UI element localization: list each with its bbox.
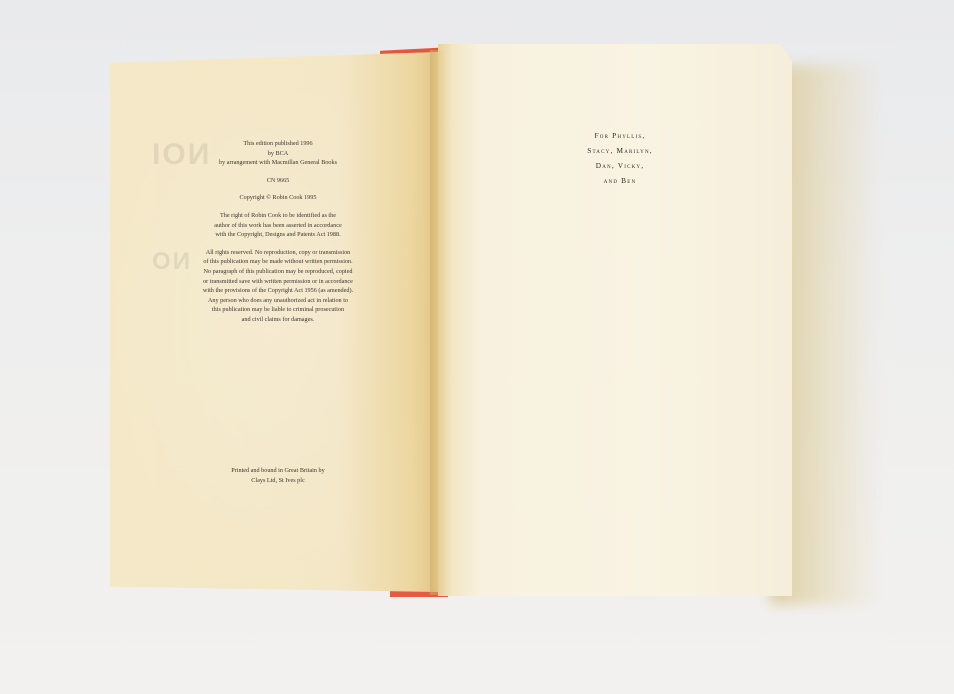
- moral-rights-line: with the Copyright, Designs and Patents …: [215, 231, 340, 238]
- edition-block: This edition published 1996 by BCA by ar…: [188, 139, 368, 168]
- dedication-line: and Ben: [530, 173, 710, 188]
- copyright-line: Copyright © Robin Cook 1995: [188, 193, 368, 203]
- dedication: For Phyllis, Stacy, Marilyn, Dan, Vicky,…: [530, 128, 710, 188]
- rights-line: No paragraph of this publication may be …: [204, 268, 353, 275]
- rights-line: Any person who does any unauthorized act…: [208, 297, 348, 304]
- show-through-text-2: NO: [150, 248, 190, 276]
- rights-line: or transmitted save with written permiss…: [203, 278, 353, 285]
- rights-line: and civil claims for damages.: [242, 316, 315, 323]
- printer-line: Printed and bound in Great Britain by: [231, 467, 324, 474]
- dedication-line: Dan, Vicky,: [530, 158, 710, 173]
- dedication-line: For Phyllis,: [530, 128, 710, 143]
- book-spine-gutter: [430, 50, 446, 595]
- edition-line: by arrangement with Macmillan General Bo…: [219, 159, 337, 166]
- right-page-dedication: [438, 44, 792, 596]
- copyright-imprint: This edition published 1996 by BCA by ar…: [188, 139, 368, 333]
- moral-rights-line: author of this work has been asserted in…: [214, 222, 341, 229]
- rights-line: of this publication may be made without …: [203, 258, 352, 265]
- printer-block: Printed and bound in Great Britain by Cl…: [188, 466, 368, 485]
- moral-rights-block: The right of Robin Cook to be identified…: [188, 211, 368, 240]
- rights-line: with the provisions of the Copyright Act…: [203, 287, 353, 294]
- dedication-line: Stacy, Marilyn,: [530, 143, 710, 158]
- catalogue-number: CN 9665: [188, 176, 368, 186]
- rights-reserved-block: All rights reserved. No reproduction, co…: [188, 248, 368, 325]
- edition-line: by BCA: [268, 150, 288, 157]
- rights-line: All rights reserved. No reproduction, co…: [206, 249, 351, 256]
- edition-line: This edition published 1996: [243, 140, 312, 147]
- moral-rights-line: The right of Robin Cook to be identified…: [220, 212, 336, 219]
- rights-line: this publication may be liable to crimin…: [212, 306, 344, 313]
- printer-line: Clays Ltd, St Ives plc: [251, 477, 304, 484]
